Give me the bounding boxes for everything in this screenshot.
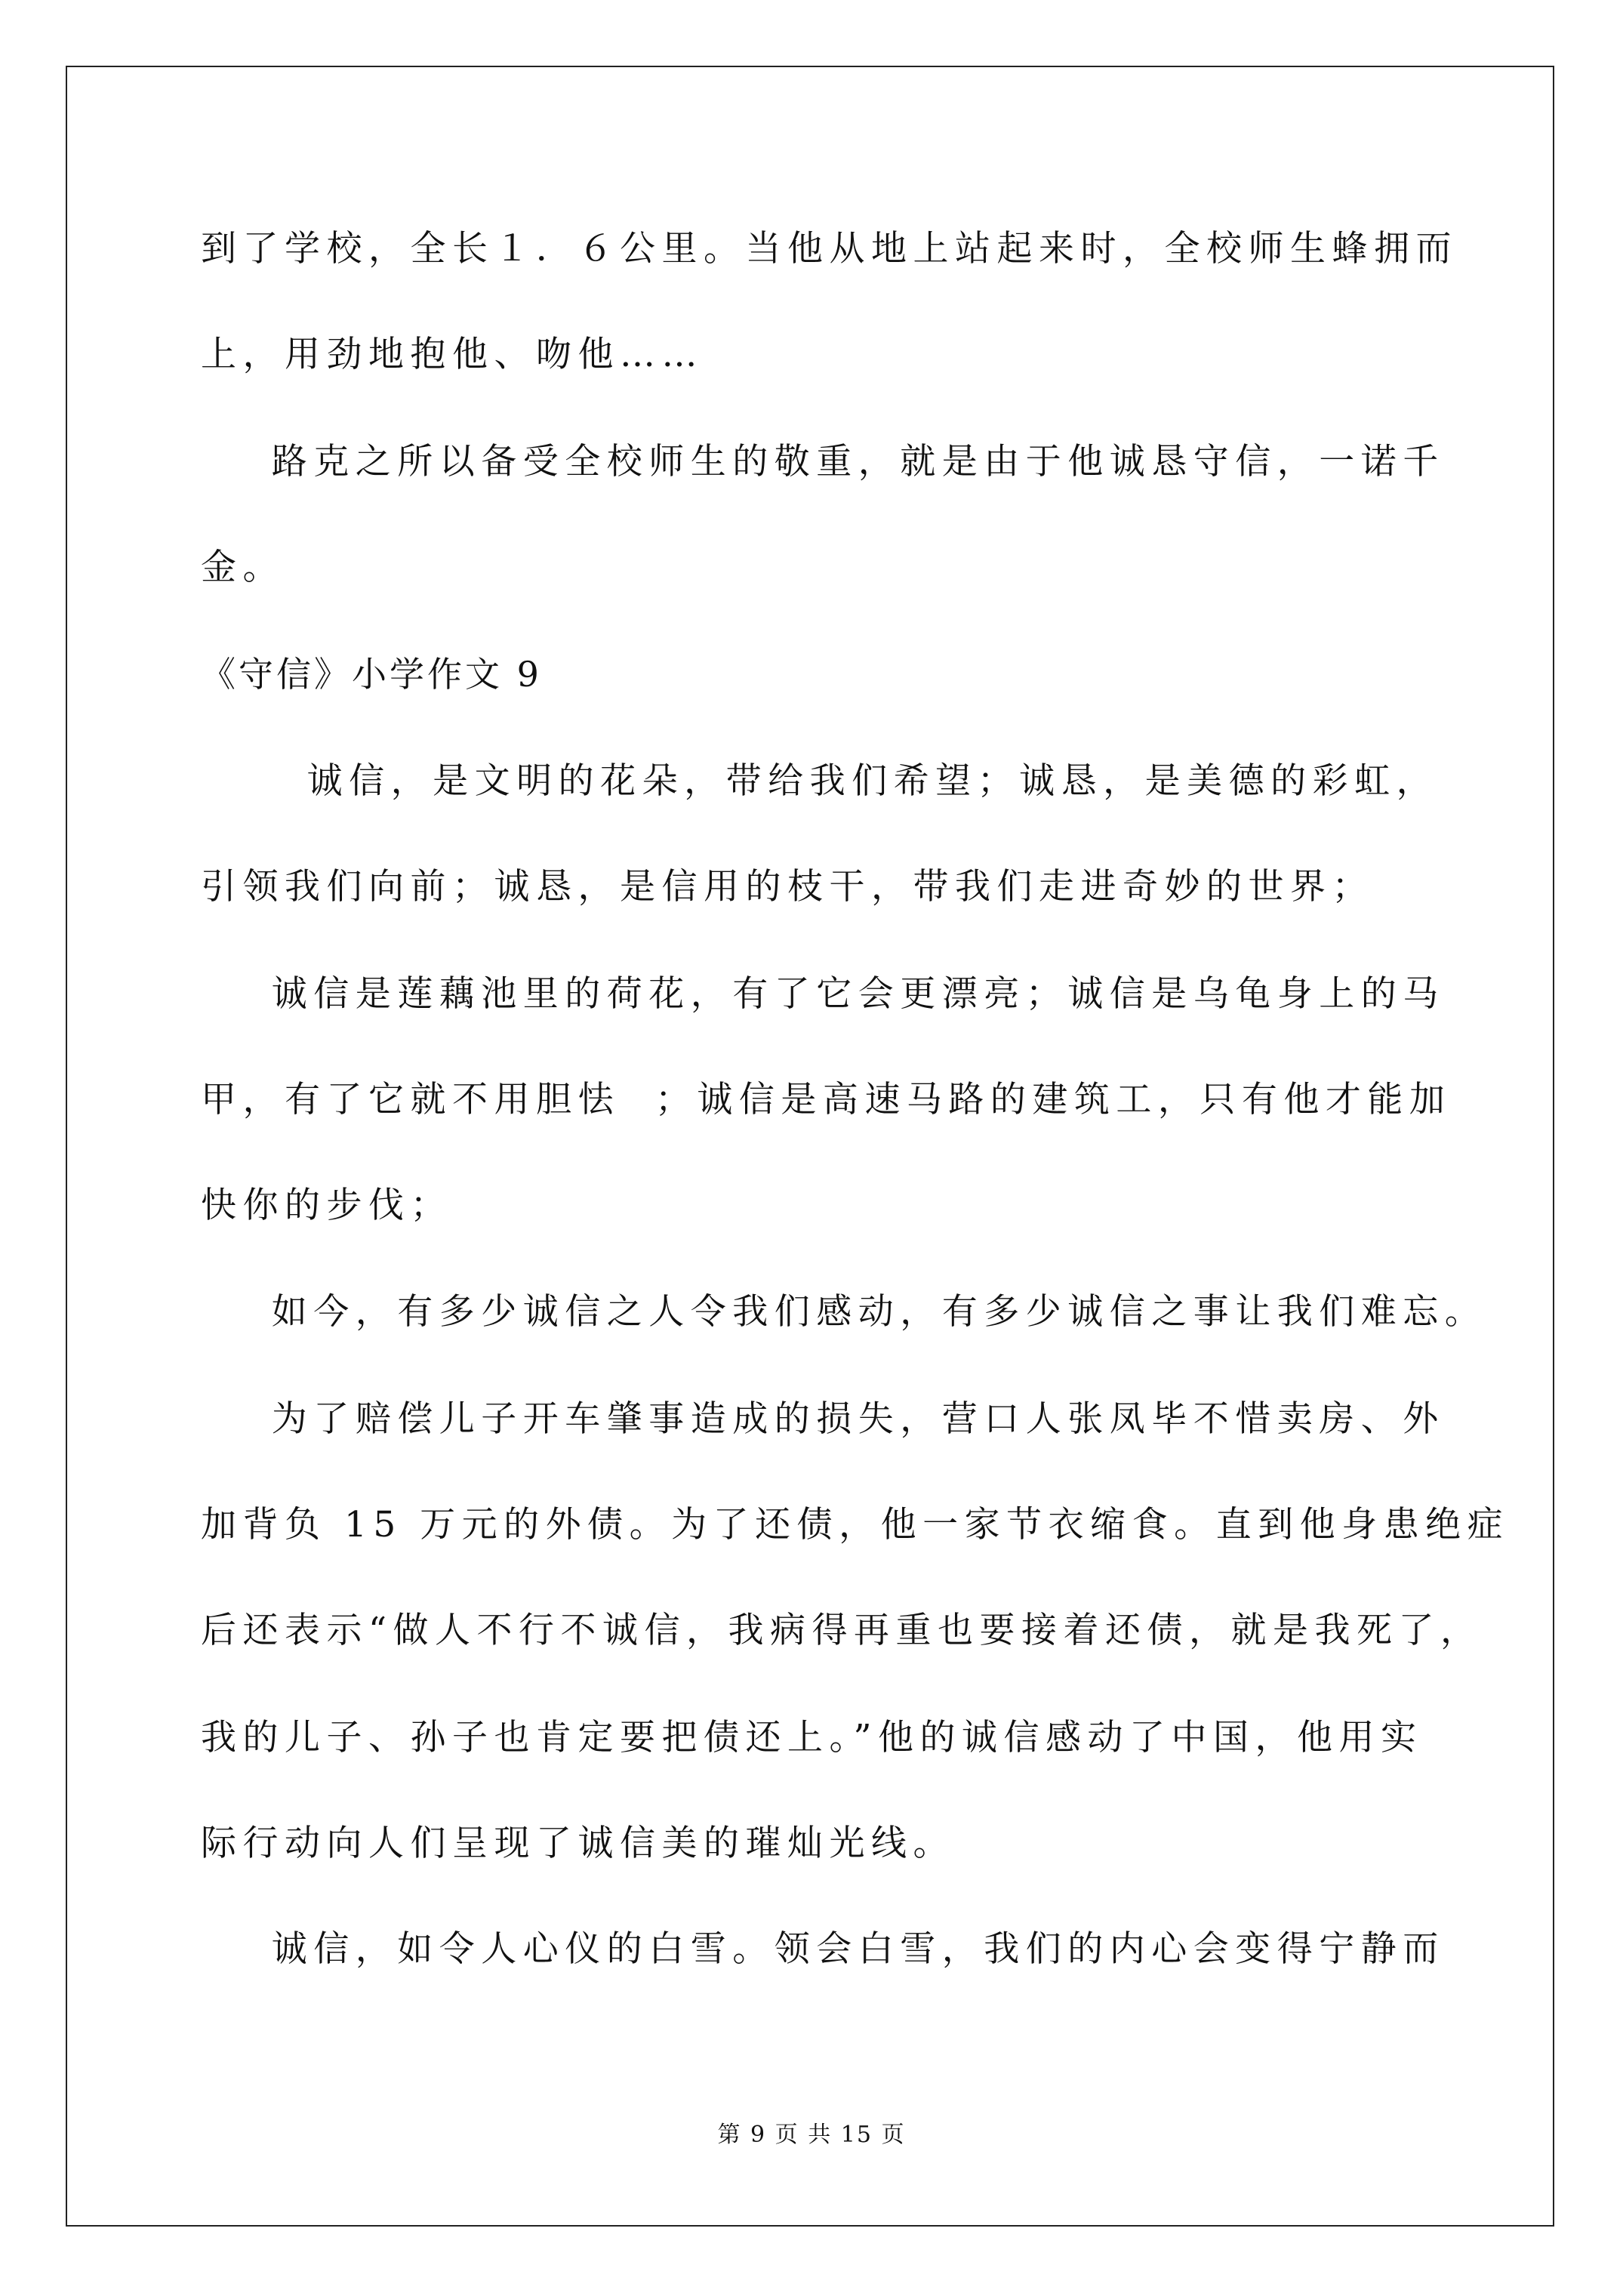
text-line: 甲，有了它就不用胆怯 ；诚信是高速马路的建筑工，只有他才能加 — [201, 1077, 1451, 1123]
page-frame — [66, 66, 1554, 2227]
text-line: 加背负 15 万元的外债。为了还债，他一家节衣缩食。直到他身患绝症 — [201, 1502, 1509, 1548]
text-line: 快你的步伐； — [201, 1183, 452, 1228]
text-line: 我的儿子、孙子也肯定要把债还上。”他的诚信感动了中国，他用实 — [201, 1715, 1423, 1761]
text-line: 后还表示“做人不行不诚信，我病得再重也要接着还债，就是我死了， — [201, 1608, 1483, 1653]
text-line: 诚信是莲藕池里的荷花，有了它会更漂亮；诚信是乌龟身上的马 — [201, 972, 1445, 1017]
text-line: 为了赔偿儿子开车肇事造成的损失，营口人张凤毕不惜卖房、外 — [201, 1397, 1445, 1442]
text-line: 路克之所以备受全校师生的敬重，就是由于他诚恳守信，一诺千 — [201, 439, 1445, 485]
text-line: 如今，有多少诚信之人令我们感动，有多少诚信之事让我们难忘。 — [201, 1290, 1486, 1335]
text-line: 诚信，是文明的花朵，带给我们希望；诚恳，是美德的彩虹， — [201, 759, 1438, 804]
section-title: 《守信》小学作文 9 — [201, 652, 542, 697]
text-line: 到了学校，全长１．６公里。当他从地上站起来时，全校师生蜂拥而 — [201, 227, 1458, 272]
page-number-footer: 第 9 页 共 15 页 — [0, 2120, 1623, 2150]
text-line: 上，用劲地抱他、吻他…… — [201, 332, 704, 378]
text-line: 际行动向人们呈现了诚信美的璀灿光线。 — [201, 1821, 955, 1866]
text-line: 金。 — [201, 545, 285, 590]
text-line: 诚信，如令人心仪的白雪。领会白雪，我们的内心会变得宁静而 — [201, 1927, 1445, 1972]
text-line: 引领我们向前；诚恳，是信用的枝干，带我们走进奇妙的世界； — [201, 864, 1374, 910]
